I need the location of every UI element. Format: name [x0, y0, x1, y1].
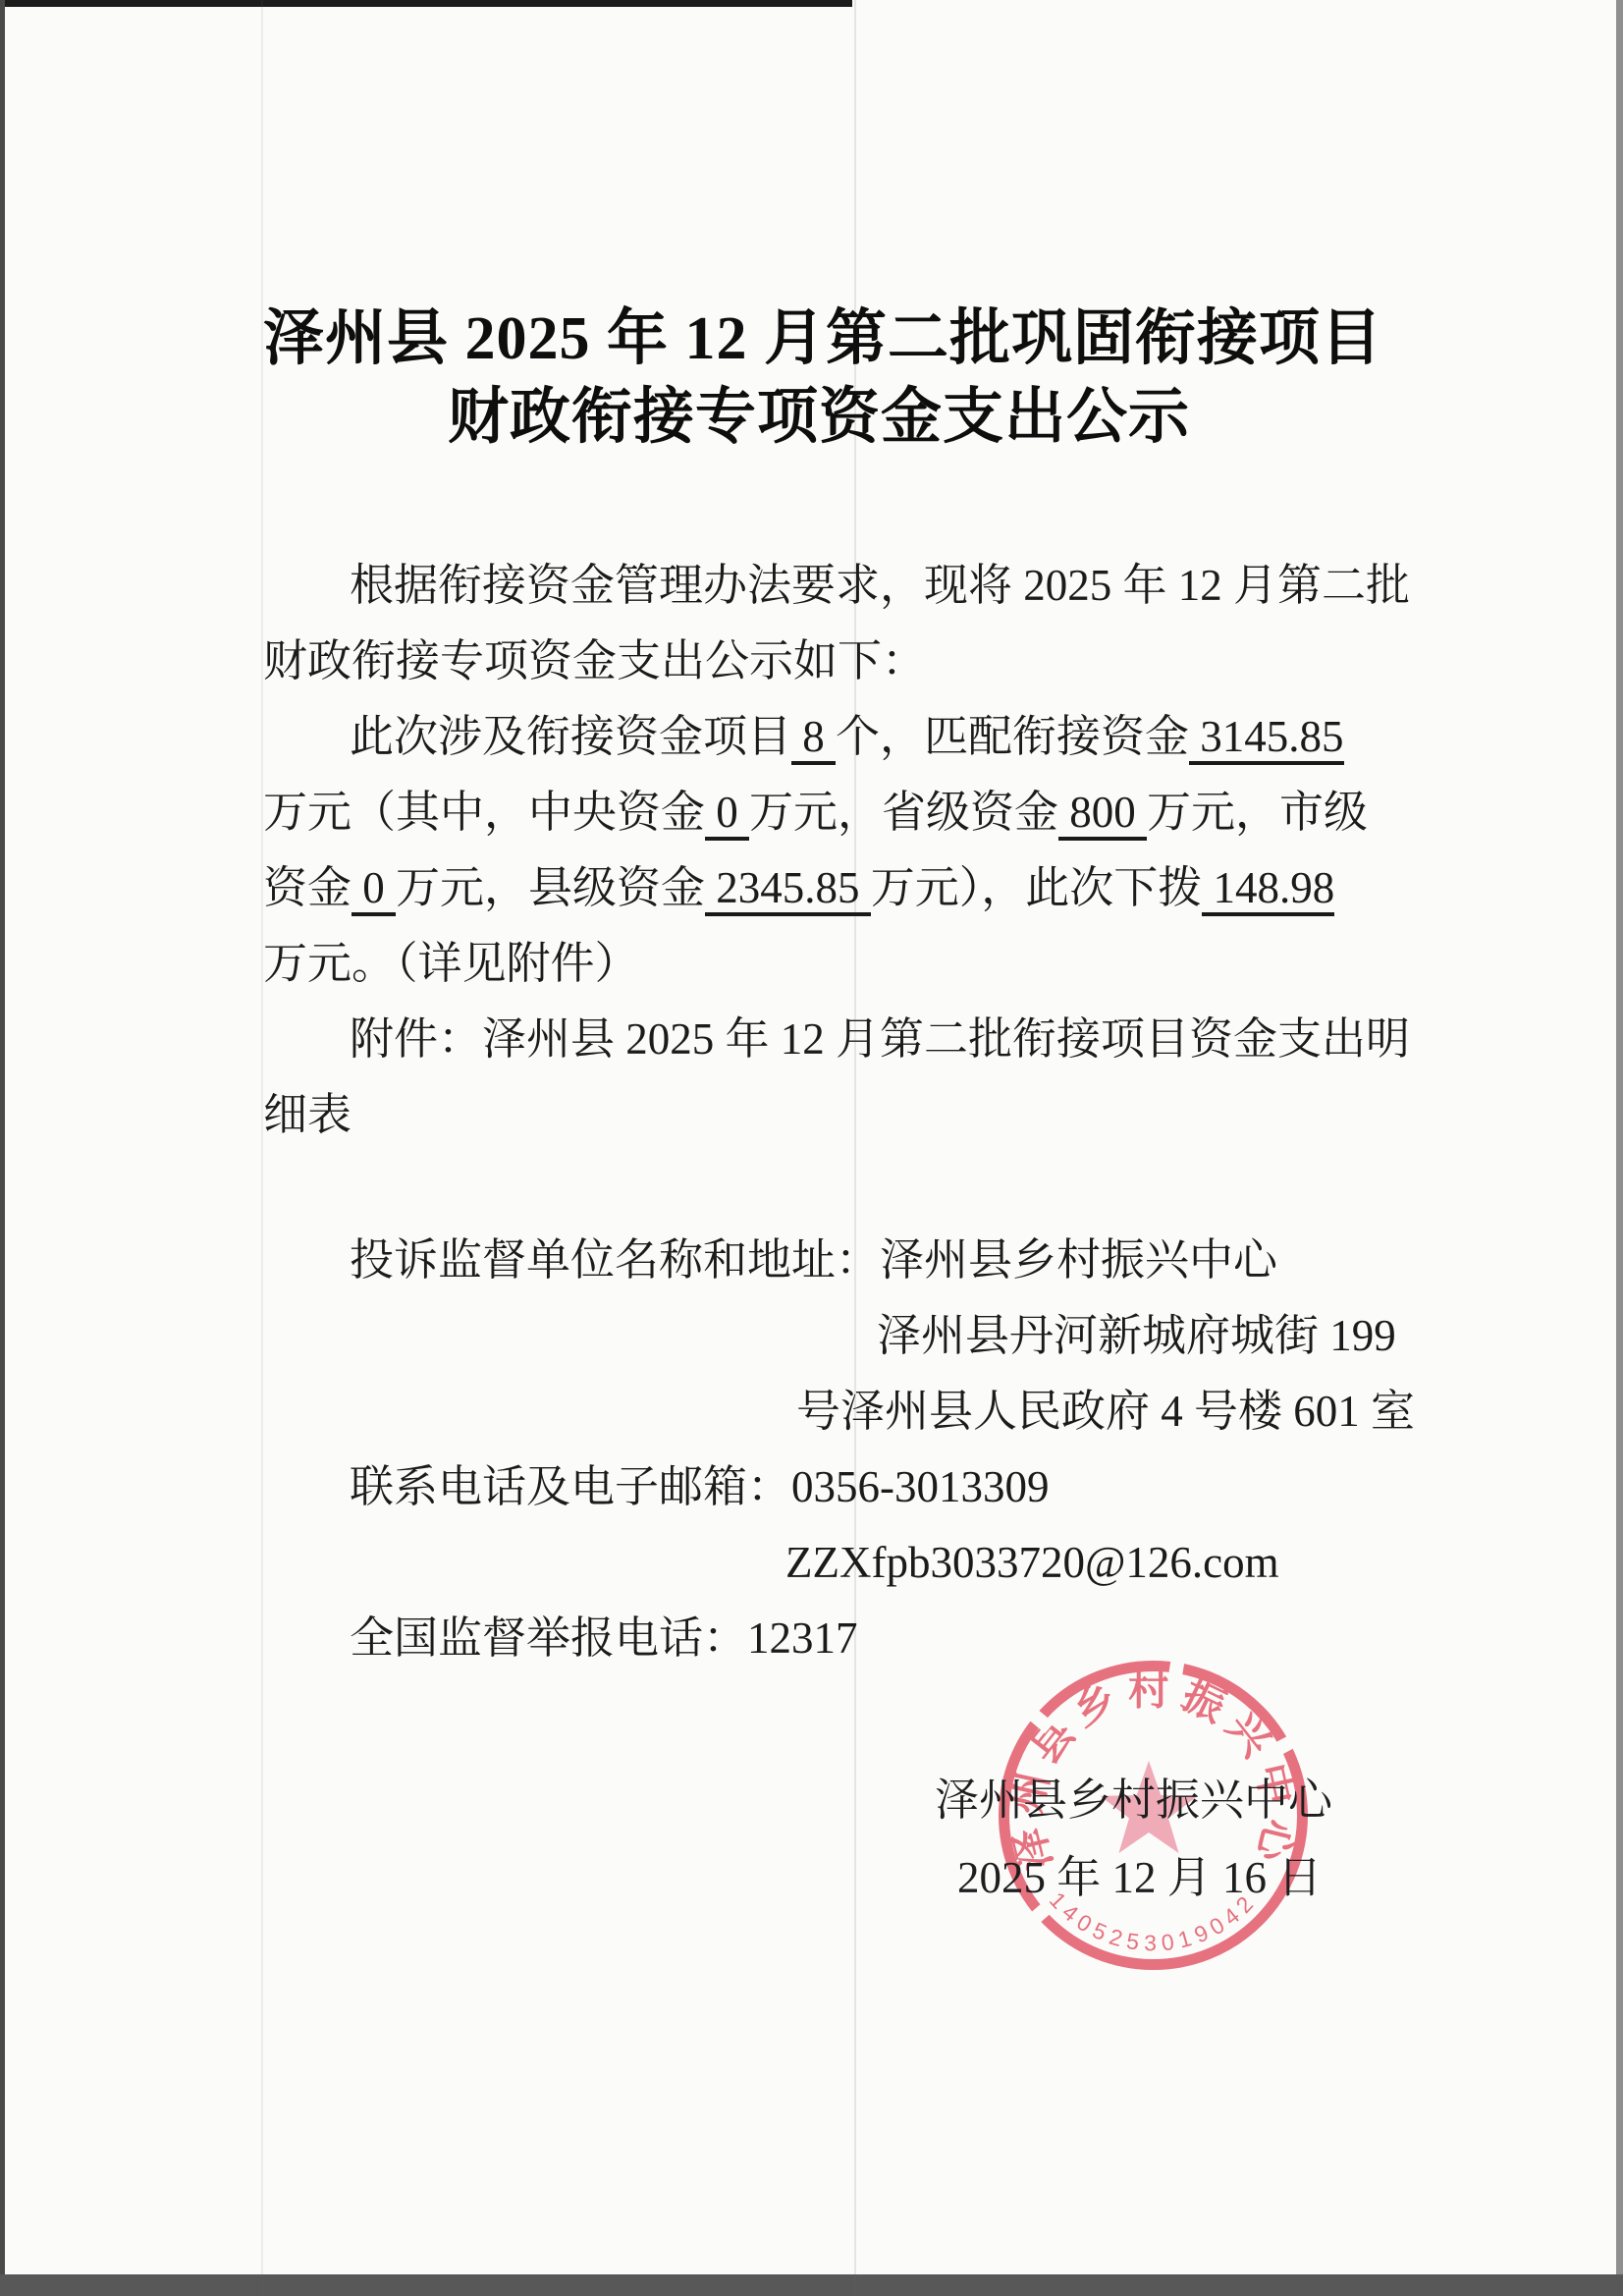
text-run: 万元，县级资金: [396, 863, 705, 912]
paragraph-line: 财政衔接专项资金支出公示如下：: [263, 635, 926, 687]
municipal-fund-value: 0: [352, 863, 396, 916]
paragraph-line: 此次涉及衔接资金项目 8 个，匹配衔接资金 3145.85: [350, 711, 1344, 763]
title-line-2: 财政衔接专项资金支出公示: [263, 378, 1375, 457]
signature-date: 2025 年 12 月 16 日: [957, 1841, 1322, 1905]
attachment-line: 附件：泽州县 2025 年 12 月第二批衔接项目资金支出明: [350, 1013, 1410, 1066]
contact-line-email: ZZXfpb3033720@126.com: [785, 1537, 1279, 1589]
disbursed-fund-value: 148.98: [1202, 863, 1334, 916]
contact-line-phone: 联系电话及电子邮箱：0356-3013309: [350, 1461, 1050, 1513]
scan-edge-bottom: [0, 2274, 1623, 2296]
attachment-line: 细表: [263, 1089, 352, 1141]
title-line-1: 泽州县 2025 年 12 月第二批巩固衔接项目: [263, 300, 1375, 378]
text-run: 资金: [263, 863, 352, 912]
text-run: 万元（其中，中央资金: [263, 788, 705, 837]
contact-line-address-1: 泽州县丹河新城府城街 199: [877, 1310, 1396, 1362]
text-run: 投诉监督单位名称和地址：泽州县乡村振兴中心: [350, 1235, 1277, 1285]
text-run: 个，匹配衔接资金: [836, 712, 1189, 761]
text-run: ZZXfpb3033720@126.com: [785, 1538, 1279, 1587]
signature-org: 泽州县乡村振兴中心: [935, 1764, 1332, 1828]
scan-edge-left: [0, 0, 5, 2296]
text-run: 财政衔接专项资金支出公示如下：: [263, 636, 926, 685]
contact-line-supervisor: 投诉监督单位名称和地址：泽州县乡村振兴中心: [350, 1234, 1277, 1286]
paragraph-line: 资金 0 万元，县级资金 2345.85 万元），此次下拨 148.98: [263, 862, 1334, 914]
text-run: 附件：泽州县 2025 年 12 月第二批衔接项目资金支出明: [350, 1014, 1410, 1064]
contact-line-hotline: 全国监督举报电话：12317: [350, 1613, 858, 1665]
scan-edge-top: [0, 0, 852, 7]
text-run: 根据衔接资金管理办法要求，现将 2025 年 12 月第二批: [350, 561, 1410, 610]
text-run: 联系电话及电子邮箱：0356-3013309: [350, 1462, 1050, 1511]
text-run: 细表: [263, 1090, 352, 1139]
text-run: 泽州县丹河新城府城街 199: [877, 1311, 1396, 1360]
text-run: 万元，市级: [1147, 788, 1368, 837]
project-count-value: 8: [791, 712, 836, 765]
text-run: 万元，省级资金: [749, 788, 1058, 837]
text-run: 全国监督举报电话：12317: [350, 1613, 858, 1663]
paragraph-line: 万元（其中，中央资金 0 万元，省级资金 800 万元，市级: [263, 787, 1368, 839]
paragraph-line: 万元。（详见附件）: [263, 938, 639, 990]
document-title: 泽州县 2025 年 12 月第二批巩固衔接项目 财政衔接专项资金支出公示: [263, 300, 1375, 457]
text-run: 万元。（详见附件）: [263, 939, 639, 988]
text-run: 号泽州县人民政府 4 号楼 601 室: [796, 1387, 1415, 1436]
central-fund-value: 0: [705, 788, 749, 841]
text-run: 此次涉及衔接资金项目: [350, 712, 791, 761]
total-fund-value: 3145.85: [1189, 712, 1344, 765]
county-fund-value: 2345.85: [705, 863, 871, 916]
text-run: 万元），此次下拨: [871, 863, 1203, 912]
contact-line-address-2: 号泽州县人民政府 4 号楼 601 室: [796, 1386, 1415, 1438]
scan-edge-right: [1616, 0, 1623, 2296]
provincial-fund-value: 800: [1058, 788, 1147, 841]
paragraph-line: 根据衔接资金管理办法要求，现将 2025 年 12 月第二批: [350, 560, 1410, 612]
scanned-document-page: 泽州县 2025 年 12 月第二批巩固衔接项目 财政衔接专项资金支出公示 根据…: [0, 0, 1623, 2296]
